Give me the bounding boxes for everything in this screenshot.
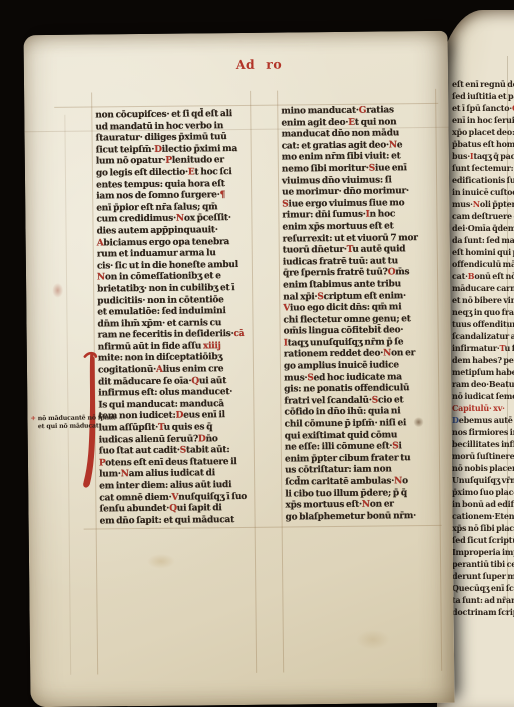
text-line: becillitates infir bbox=[452, 438, 514, 450]
text-line: infirmus eſt: olus manducet· bbox=[98, 387, 251, 400]
text-line: doctrinam ſcripta bbox=[452, 606, 514, 618]
marginal-note-line: +et qui nō māducat: bbox=[31, 422, 101, 430]
stain bbox=[52, 283, 63, 298]
text-line: et ī ſpū ſancto·Qui bbox=[452, 102, 514, 114]
text-line: Debemus autē bbox=[452, 414, 514, 426]
text-line: offendiculū mādu bbox=[452, 258, 514, 270]
text-line: ſcandalizatur aut bbox=[452, 330, 514, 342]
text-line: go blaſphemetur bonū nr̄m· bbox=[286, 511, 438, 524]
manuscript-photo: eſt enī regnū deiſed iuſtitia et paxet ī… bbox=[0, 0, 514, 707]
running-header-word-right: ro bbox=[266, 57, 282, 72]
text-line: Capitulū· xv· bbox=[452, 402, 514, 414]
text-line: nō nobis placere· bbox=[452, 462, 514, 474]
text-line: Quecūqʒ enī ſcrip bbox=[452, 582, 514, 594]
text-line: rationem reddet deo·Non er bbox=[284, 348, 436, 361]
text-line: cam deſtruere opus bbox=[452, 210, 514, 222]
stain bbox=[414, 417, 424, 427]
edge-text-column: eſt enī regnū deiſed iuſtitia et paxet ī… bbox=[452, 78, 514, 618]
text-line: et nō bibere vinū bbox=[452, 294, 514, 306]
text-column-left: non cōcupiſces· et ſi qd̄ eſt aliud mand… bbox=[95, 109, 252, 528]
text-line: edificationis ſunt bbox=[452, 174, 514, 186]
text-line: perantiū tibi ceci bbox=[452, 558, 514, 570]
text-line: metipſum habe co bbox=[452, 366, 514, 378]
text-line: enī in hoc ſeruit bbox=[452, 114, 514, 126]
text-line: ſunt ſectemur: et q̄ bbox=[452, 162, 514, 174]
text-line: non cōcupiſces· et ſi qd̄ eſt ali bbox=[95, 109, 248, 122]
text-line: ram deo·Beatus q̄ bbox=[452, 378, 514, 390]
text-line: dem habes? penes te bbox=[452, 354, 514, 366]
ruling-line bbox=[435, 89, 442, 671]
text-line: derunt ſuper me· bbox=[452, 570, 514, 582]
text-line: ſed ſicut ſcriptū eſt bbox=[452, 534, 514, 546]
text-line: xp̄o placet deo: et bbox=[452, 126, 514, 138]
text-line: p̄ximo ſuo placeat bbox=[452, 486, 514, 498]
stain bbox=[356, 629, 390, 649]
text-line: xp̄s nō ſibi placuit bbox=[452, 522, 514, 534]
text-line: brietatibʒ· non in cubilibʒ et ī bbox=[97, 283, 250, 296]
corrector-cross-mark: + bbox=[30, 414, 35, 422]
manuscript-page: Ad ro non cōcupiſces· et ſi qd̄ eſt aliu… bbox=[23, 31, 454, 707]
text-line: mus·Noli p̄pter eſ bbox=[452, 198, 514, 210]
text-line: cat·Bonū eſt nō bbox=[452, 270, 514, 282]
crease-line bbox=[64, 115, 71, 675]
text-line: em dn̄o ſapit: et qui māducat bbox=[100, 515, 253, 528]
text-line: Abiciamus ergo opa tenebra bbox=[97, 236, 250, 249]
text-line: bus·Itaqʒ q̄ pacis bbox=[452, 150, 514, 162]
text-line: p̄batus eſt homini bbox=[452, 138, 514, 150]
text-line: Unuſquiſqʒ vr̄m bbox=[452, 474, 514, 486]
text-line: Improperia impro bbox=[452, 546, 514, 558]
text-line: māducare carnem bbox=[452, 282, 514, 294]
text-line: reſurrexit: ut et viuorū 7 mor bbox=[283, 232, 435, 245]
marginal-note: +nō māducantē nō ſp̄nat +et qui nō māduc… bbox=[30, 414, 100, 430]
text-line: eſt homini qui per bbox=[452, 246, 514, 258]
text-line: nos firmiores im bbox=[452, 426, 514, 438]
text-line: tuus offenditur aut bbox=[452, 318, 514, 330]
text-line: cationem·Etenī bbox=[452, 510, 514, 522]
text-line: ram ne feceritis in deſideriis·cā bbox=[98, 329, 251, 342]
text-line: go legis eſt dilectio·Et hoc ſci bbox=[96, 167, 249, 180]
text-line: eſt enī regnū dei bbox=[452, 78, 514, 90]
text-line: cum credidimus·Nox p̄ceſſit· bbox=[96, 213, 249, 226]
text-line: ta ſunt: ad nr̄am bbox=[452, 594, 514, 606]
text-line: in inuicē cuſtodia bbox=[452, 186, 514, 198]
text-line: ſed iuſtitia et pax bbox=[452, 90, 514, 102]
text-line: infirmatur·Tu fi bbox=[452, 342, 514, 354]
text-column-right: mino manducat·Gratiasenim agit deo·Et qu… bbox=[281, 105, 437, 524]
text-line: nō iudicat ſemetip̄m bbox=[452, 390, 514, 402]
text-line: morū ſuſtinere: et bbox=[452, 450, 514, 462]
text-line: in bonū ad edifi bbox=[452, 498, 514, 510]
text-line: da ſunt: ſed malū bbox=[452, 234, 514, 246]
running-header: Ad ro bbox=[236, 57, 283, 72]
running-header-word-left: Ad bbox=[236, 57, 256, 72]
stain bbox=[147, 554, 175, 569]
text-line: dei·Omīa q̄dem mū bbox=[452, 222, 514, 234]
text-line: neqʒ in quo frater bbox=[452, 306, 514, 318]
